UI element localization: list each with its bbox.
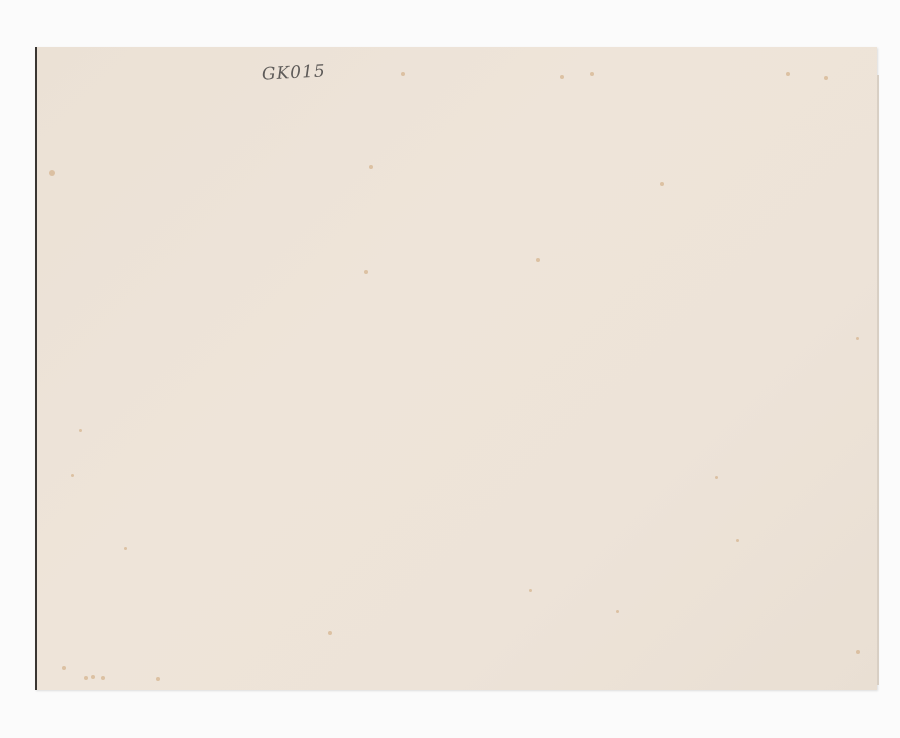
foxing-spot [124, 547, 127, 550]
foxing-spot [660, 182, 664, 186]
foxing-spot [736, 539, 739, 542]
foxing-spot [328, 631, 332, 635]
foxing-spot [71, 474, 74, 477]
handwritten-label: GK015 [262, 61, 327, 84]
foxing-spot [101, 676, 105, 680]
foxing-spot [529, 589, 532, 592]
foxing-spot [536, 258, 540, 262]
foxing-spot [369, 165, 373, 169]
foxing-spot [91, 675, 95, 679]
foxing-spot [364, 270, 368, 274]
foxing-spot [856, 650, 860, 654]
foxing-spot [590, 72, 594, 76]
foxing-spot [79, 429, 82, 432]
foxing-spot [401, 72, 405, 76]
foxing-spot [84, 676, 88, 680]
foxing-spot [856, 337, 859, 340]
foxing-spot [616, 610, 619, 613]
foxing-spot [49, 170, 55, 176]
foxing-spot [560, 75, 564, 79]
foxing-spot [786, 72, 790, 76]
foxing-spot [62, 666, 66, 670]
foxing-spot [156, 677, 160, 681]
foxing-spot [715, 476, 718, 479]
paper-sheet: GK015 [35, 47, 877, 690]
foxing-spot [824, 76, 828, 80]
